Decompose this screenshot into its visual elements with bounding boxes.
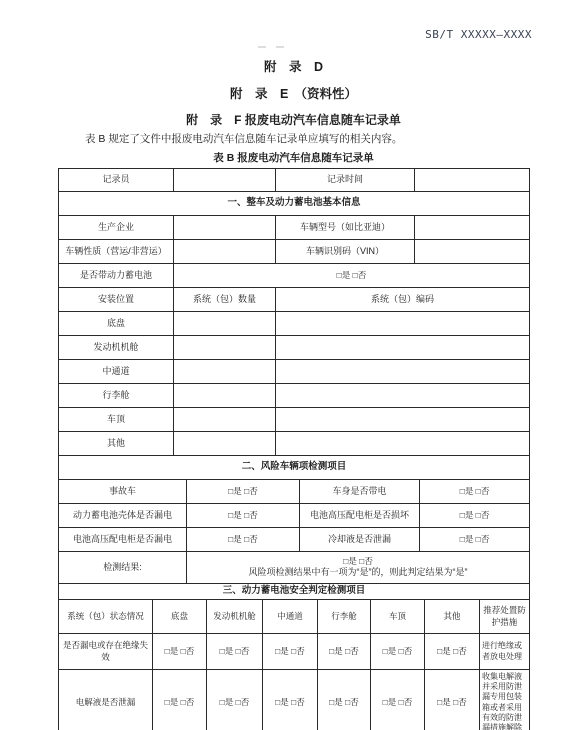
section3-title: 三、动力蓄电池安全判定检测项目 [59, 584, 530, 600]
electrolyte-leak-label: 电解液是否泄漏 [59, 670, 153, 730]
insulation-action-text: 进行绝缘或者放电处理 [480, 634, 530, 670]
record-form-table: 记录员 记录时间 一、整车及动力蓄电池基本信息 生产企业 车辆型号（如比亚迪） … [58, 168, 530, 730]
result-yes-no-checkboxes: □是 □否 [190, 556, 526, 567]
qty-value-cell [174, 384, 276, 408]
body-energized-label: 车身是否带电 [300, 480, 420, 504]
coolant-leak-label: 冷却液是否泄漏 [300, 528, 420, 552]
qty-value-cell [174, 336, 276, 360]
location-label-roof: 车顶 [59, 408, 174, 432]
col-header-system-status: 系统（包）状态情况 [59, 600, 153, 634]
yes-no-checkboxes: □是 □否 [207, 634, 263, 670]
table-row: 是否带动力蓄电池 □是 □否 [59, 264, 530, 288]
recorder-label: 记录员 [59, 169, 174, 192]
nature-value-cell [174, 240, 276, 264]
section1-table: 记录员 记录时间 一、整车及动力蓄电池基本信息 生产企业 车辆型号（如比亚迪） … [58, 168, 530, 456]
yes-no-checkboxes: □是 □否 [153, 670, 207, 730]
table-row: 三、动力蓄电池安全判定检测项目 [59, 584, 530, 600]
qty-value-cell [174, 432, 276, 456]
qty-value-cell [174, 360, 276, 384]
code-value-cell [276, 384, 530, 408]
table-row: 事故车 □是 □否 车身是否带电 □是 □否 [59, 480, 530, 504]
producer-label: 生产企业 [59, 216, 174, 240]
standard-number: SB/T XXXXX—XXXX [425, 28, 532, 41]
yes-no-checkboxes: □是 □否 [263, 670, 318, 730]
hv-cabinet-leakage-label: 电池高压配电柜是否漏电 [59, 528, 187, 552]
yes-no-checkboxes: □是 □否 [153, 634, 207, 670]
yes-no-checkboxes: □是 □否 [263, 634, 318, 670]
nature-label: 车辆性质（营运/非营运） [59, 240, 174, 264]
qty-value-cell [174, 408, 276, 432]
yes-no-checkboxes: □是 □否 [420, 480, 530, 504]
code-value-cell [276, 360, 530, 384]
has-battery-label: 是否带动力蓄电池 [59, 264, 174, 288]
yes-no-checkboxes: □是 □否 [187, 504, 300, 528]
hv-cabinet-damage-label: 电池高压配电柜是否损坏 [300, 504, 420, 528]
qty-value-cell [174, 312, 276, 336]
location-label-chassis: 底盘 [59, 312, 174, 336]
col-header-engine-bay: 发动机机舱 [207, 600, 263, 634]
vin-value-cell [415, 240, 530, 264]
section3-table: 三、动力蓄电池安全判定检测项目 系统（包）状态情况 底盘 发动机机舱 中通道 行… [58, 583, 530, 730]
table-row: 检测结果: □是 □否 风险项检测结果中有一项为“是”的，则此判定结果为“是” [59, 552, 530, 584]
yes-no-checkboxes: □是 □否 [425, 670, 480, 730]
yes-no-checkboxes: □是 □否 [371, 670, 425, 730]
col-header-recommended-measures: 推荐处置防护措施 [480, 600, 530, 634]
section2-title: 二、风险车辆项检测项目 [59, 456, 530, 480]
table-row: 生产企业 车辆型号（如比亚迪） [59, 216, 530, 240]
appendix-f-heading: 附 录 F 报废电动汽车信息随车记录单 [0, 111, 587, 128]
table-row: 其他 [59, 432, 530, 456]
table-row: 电解液是否泄漏 □是 □否 □是 □否 □是 □否 □是 □否 □是 □否 □是… [59, 670, 530, 730]
location-label-center-tunnel: 中通道 [59, 360, 174, 384]
location-label-other: 其他 [59, 432, 174, 456]
insulation-failure-label: 是否漏电或存在绝缘失效 [59, 634, 153, 670]
system-code-label: 系统（包）编码 [276, 288, 530, 312]
table-row: 行李舱 [59, 384, 530, 408]
table-row: 车辆性质（营运/非营运） 车辆识别码（VIN） [59, 240, 530, 264]
record-time-label: 记录时间 [276, 169, 415, 192]
intro-paragraph: 表 B 规定了文件中报废电动汽车信息随车记录单应填写的相关内容。 [85, 131, 402, 146]
result-cell: □是 □否 风险项检测结果中有一项为“是”的，则此判定结果为“是” [187, 552, 530, 584]
producer-value-cell [174, 216, 276, 240]
vin-label: 车辆识别码（VIN） [276, 240, 415, 264]
table-row: 发动机机舱 [59, 336, 530, 360]
recorder-value-cell [174, 169, 276, 192]
table-row: 底盘 [59, 312, 530, 336]
yes-no-checkboxes: □是 □否 [420, 528, 530, 552]
yes-no-checkboxes: □是 □否 [187, 480, 300, 504]
appendix-e-heading: 附 录 E （资料性） [0, 84, 587, 102]
table-row: 车顶 [59, 408, 530, 432]
record-time-value-cell [415, 169, 530, 192]
yes-no-checkboxes: □是 □否 [207, 670, 263, 730]
electrolyte-action-text: 收集电解液并采用防泄漏专用包装箱或者采用有效的防泄漏措施解除 [480, 670, 530, 730]
model-value-cell [415, 216, 530, 240]
location-label-engine-bay: 发动机机舱 [59, 336, 174, 360]
section2-table: 二、风险车辆项检测项目 事故车 □是 □否 车身是否带电 □是 □否 动力蓄电池… [58, 455, 530, 584]
table-row: 记录员 记录时间 [59, 169, 530, 192]
yes-no-checkboxes: □是 □否 [371, 634, 425, 670]
result-label: 检测结果: [59, 552, 187, 584]
table-row: 电池高压配电柜是否漏电 □是 □否 冷却液是否泄漏 □是 □否 [59, 528, 530, 552]
col-header-chassis: 底盘 [153, 600, 207, 634]
code-value-cell [276, 432, 530, 456]
table-row: 是否漏电或存在绝缘失效 □是 □否 □是 □否 □是 □否 □是 □否 □是 □… [59, 634, 530, 670]
yes-no-checkboxes: □是 □否 [425, 634, 480, 670]
table-row: 系统（包）状态情况 底盘 发动机机舱 中通道 行李舱 车顶 其他 推荐处置防护措… [59, 600, 530, 634]
code-value-cell [276, 312, 530, 336]
yes-no-checkboxes: □是 □否 [420, 504, 530, 528]
table-row: 一、整车及动力蓄电池基本信息 [59, 192, 530, 216]
model-label: 车辆型号（如比亚迪） [276, 216, 415, 240]
appendix-d-heading: 附 录 D [0, 57, 587, 75]
has-battery-yes-no-checkboxes: □是 □否 [174, 264, 530, 288]
location-label-trunk: 行李舱 [59, 384, 174, 408]
table-row: 二、风险车辆项检测项目 [59, 456, 530, 480]
result-note: 风险项检测结果中有一项为“是”的，则此判定结果为“是” [190, 567, 526, 579]
document-page: SB/T XXXXX—XXXX 附 录 D 附 录 E （资料性） 附 录 F … [0, 0, 587, 730]
table-row: 动力蓄电池壳体是否漏电 □是 □否 电池高压配电柜是否损坏 □是 □否 [59, 504, 530, 528]
col-header-center-tunnel: 中通道 [263, 600, 318, 634]
system-qty-label: 系统（包）数量 [174, 288, 276, 312]
scan-artifact [258, 46, 284, 48]
table-b-caption: 表 B 报废电动汽车信息随车记录单 [0, 150, 587, 165]
accident-vehicle-label: 事故车 [59, 480, 187, 504]
yes-no-checkboxes: □是 □否 [187, 528, 300, 552]
section1-title: 一、整车及动力蓄电池基本信息 [59, 192, 530, 216]
code-value-cell [276, 336, 530, 360]
yes-no-checkboxes: □是 □否 [318, 670, 371, 730]
col-header-other: 其他 [425, 600, 480, 634]
col-header-roof: 车顶 [371, 600, 425, 634]
code-value-cell [276, 408, 530, 432]
battery-shell-leakage-label: 动力蓄电池壳体是否漏电 [59, 504, 187, 528]
table-row: 中通道 [59, 360, 530, 384]
col-header-trunk: 行李舱 [318, 600, 371, 634]
yes-no-checkboxes: □是 □否 [318, 634, 371, 670]
table-row: 安装位置 系统（包）数量 系统（包）编码 [59, 288, 530, 312]
install-location-label: 安装位置 [59, 288, 174, 312]
